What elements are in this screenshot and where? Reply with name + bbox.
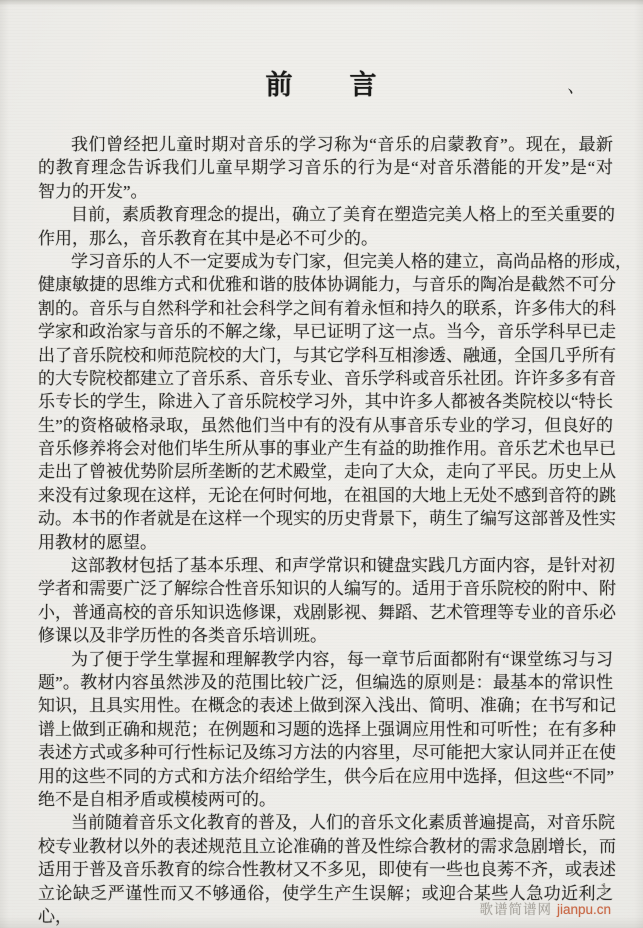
text-line: 生”的资格破格录取，虽然他们当中有的没有从事音乐专业的学习，但良好的 xyxy=(38,414,613,437)
text-line: 的教育理念告诉我们儿童早期学习音乐的行为是“对音乐潜能的开发”是“对 xyxy=(38,156,613,179)
text-line: 学习音乐的人不一定要成为专门家，但完美人格的建立，高尚品格的形成， xyxy=(38,250,613,273)
page-title: 前 言 xyxy=(0,0,643,100)
text-line: 为了便于学生掌握和理解教学内容，每一章节后面都附有“课堂练习与习 xyxy=(38,648,613,671)
text-line: 当前随着音乐文化教育的普及，人们的音乐文化素质普遍提高，对音乐院 xyxy=(38,811,613,834)
text-line: 修课以及非学历性的各类音乐培训班。 xyxy=(38,624,613,647)
text-line: 小，普通高校的音乐知识选修课，戏剧影视、舞蹈、艺术管理等专业的音乐必 xyxy=(38,601,613,624)
text-line: 作用，那么，音乐教育在其中是必不可少的。 xyxy=(38,227,613,250)
text-line: 学家和政治家与音乐的不解之缘，早已证明了这一点。当今，音乐学科早已走 xyxy=(38,320,613,343)
text-line: 割的。音乐与自然科学和社会科学之间有着永恒和持久的联系，许多伟大的科 xyxy=(38,297,613,320)
watermark-site-name: 歌谱简谱网 xyxy=(479,902,552,917)
text-line: 学者和需要广泛了解综合性音乐知识的人编写的。适用于音乐院校的附中、附 xyxy=(38,577,613,600)
text-line: 动。本书的作者就是在这样一个现实的历史背景下，萌生了编写这部普及性实 xyxy=(38,507,613,530)
watermark: 歌谱简谱网jianpu.cn xyxy=(479,898,611,918)
text-line: 音乐修养将会对他们毕生所从事的事业产生有益的助推作用。音乐艺术也早已 xyxy=(38,437,613,460)
text-line: 目前，素质教育理念的提出，确立了美育在塑造完美人格上的至关重要的 xyxy=(38,203,613,226)
text-line: 来没有过象现在这样，无论在何时何地，在祖国的大地上无处不感到音符的跳 xyxy=(38,484,613,507)
text-line: 的大专院校都建立了音乐系、音乐专业、音乐学科或音乐社团。许许多多有音 xyxy=(38,367,613,390)
text-line: 谱上做到正确和规范；在例题和习题的选择上强调应用性和可听性；在有多种 xyxy=(38,718,613,741)
preface-body: 我们曾经把儿童时期对音乐的学习称为“音乐的启蒙教育”。现在，最新的教育理念告诉我… xyxy=(38,133,613,905)
text-line: 智力的开发”。 xyxy=(38,180,613,203)
text-line: 我们曾经把儿童时期对音乐的学习称为“音乐的启蒙教育”。现在，最新 xyxy=(38,133,613,156)
text-line: 用教材的愿望。 xyxy=(38,531,613,554)
text-line: 走出了曾被优势阶层所垄断的艺术殿堂，走向了大众，走向了平民。历史上从 xyxy=(38,460,613,483)
text-line: 题”。教材内容虽然涉及的范围比较广泛，但编选的原则是：最基本的常识性 xyxy=(38,671,613,694)
page-number: 1 xyxy=(600,880,608,897)
text-line: 知识，且具实用性。在概念的表述上做到深入浅出、简明、准确；在书写和记 xyxy=(38,694,613,717)
text-line: 绝不是自相矛盾或模棱两可的。 xyxy=(38,788,613,811)
text-line: 这部教材包括了基本乐理、和声学常识和键盘实践几方面内容，是针对初 xyxy=(38,554,613,577)
watermark-site-url: jianpu.cn xyxy=(557,902,611,917)
text-line: 表述方式或多种可行性标记及练习方法的内容里，尽可能把大家认同并正在使 xyxy=(38,741,613,764)
text-line: 出了音乐院校和师范院校的大门，与其它学科互相渗透、融通，全国几乎所有 xyxy=(38,344,613,367)
scan-stray-mark: 、 xyxy=(566,71,589,100)
text-line: 乐专长的学生，除进入了音乐院校学习外，其中许多人都被各类院校以“特长 xyxy=(38,390,613,413)
text-line: 健康敏捷的思维方式和优雅和谐的肢体协调能力，与音乐的陶冶是截然不可分 xyxy=(38,273,613,296)
text-line: 校专业教材以外的表述规范且立论准确的普及性综合教材的需求急剧增长，而 xyxy=(38,835,613,858)
text-line: 用的这些不同的方式和方法介绍给学生，供今后在应用中选择，但这些“不同” xyxy=(38,765,613,788)
document-page: 前 言 、 我们曾经把儿童时期对音乐的学习称为“音乐的启蒙教育”。现在，最新的教… xyxy=(0,0,643,928)
text-line: 适用于普及音乐教育的综合性教材又不多见，即使有一些也良莠不齐，或表述 xyxy=(38,858,613,881)
